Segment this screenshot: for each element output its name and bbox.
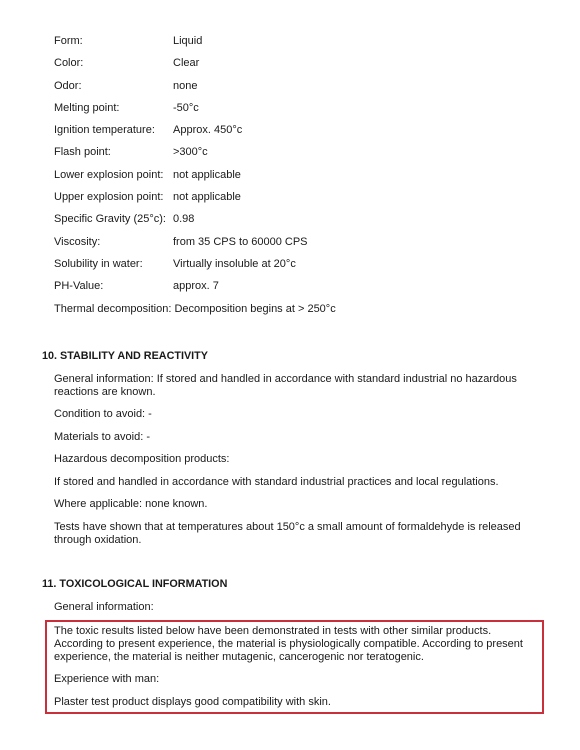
property-value: 0.98 (173, 212, 194, 226)
plaster-test-paragraph: Plaster test product displays good compa… (54, 696, 539, 709)
property-row: Form:Liquid (54, 34, 336, 56)
property-row: Upper explosion point:not applicable (54, 190, 336, 212)
highlighted-toxicology-box: The toxic results listed below have been… (45, 620, 544, 714)
property-row: Ignition temperature:Approx. 450°c (54, 123, 336, 145)
section-10-heading: 10. STABILITY AND REACTIVITY (42, 350, 208, 362)
formaldehyde-paragraph: Tests have shown that at temperatures ab… (54, 521, 544, 547)
property-label: Thermal decomposition: (54, 303, 171, 315)
physical-properties-list: Form:Liquid Color:Clear Odor:none Meltin… (54, 34, 336, 324)
materials-to-avoid: Materials to avoid: - (54, 431, 544, 444)
property-value: Approx. 450°c (173, 123, 242, 137)
section-11-heading: 11. TOXICOLOGICAL INFORMATION (42, 578, 227, 590)
property-value: -50°c (173, 101, 199, 115)
property-value: Liquid (173, 34, 202, 48)
property-value: none (173, 79, 197, 93)
where-applicable: Where applicable: none known. (54, 498, 544, 511)
property-label: Solubility in water: (54, 257, 143, 271)
property-value: not applicable (173, 168, 241, 182)
property-row: Color:Clear (54, 56, 336, 78)
property-label: Melting point: (54, 101, 119, 115)
property-row: Specific Gravity (25°c):0.98 (54, 212, 336, 234)
property-value: approx. 7 (173, 279, 219, 293)
property-row: Viscosity:from 35 CPS to 60000 CPS (54, 235, 336, 257)
property-value: Clear (173, 56, 199, 70)
property-label: Viscosity: (54, 235, 100, 249)
property-value: from 35 CPS to 60000 CPS (173, 235, 308, 249)
hazardous-decomposition-label: Hazardous decomposition products: (54, 453, 544, 466)
property-value: not applicable (173, 190, 241, 204)
property-row: Lower explosion point:not applicable (54, 168, 336, 190)
general-information-paragraph: General information: If stored and handl… (54, 373, 544, 399)
property-row: PH-Value:approx. 7 (54, 279, 336, 301)
experience-with-man-label: Experience with man: (54, 673, 539, 686)
property-value: >300°c (173, 145, 208, 159)
property-label: PH-Value: (54, 279, 103, 293)
property-label: Form: (54, 34, 83, 48)
property-label: Ignition temperature: (54, 123, 155, 137)
property-row: Melting point:-50°c (54, 101, 336, 123)
property-label: Specific Gravity (25°c): (54, 212, 166, 226)
storage-paragraph: If stored and handled in accordance with… (54, 476, 544, 489)
property-label: Lower explosion point: (54, 168, 163, 182)
property-value: Decomposition begins at > 250°c (174, 303, 335, 315)
property-label: Upper explosion point: (54, 190, 163, 204)
property-label: Odor: (54, 79, 82, 93)
property-label: Flash point: (54, 145, 111, 159)
general-information-label: General information: (54, 601, 544, 614)
property-label: Color: (54, 56, 83, 70)
property-row: Flash point:>300°c (54, 145, 336, 167)
toxic-results-paragraph: The toxic results listed below have been… (54, 625, 539, 664)
property-row: Odor:none (54, 79, 336, 101)
property-row: Solubility in water:Virtually insoluble … (54, 257, 336, 279)
property-value: Virtually insoluble at 20°c (173, 257, 296, 271)
property-row: Thermal decomposition: Decomposition beg… (54, 302, 336, 324)
condition-to-avoid: Condition to avoid: - (54, 408, 544, 421)
